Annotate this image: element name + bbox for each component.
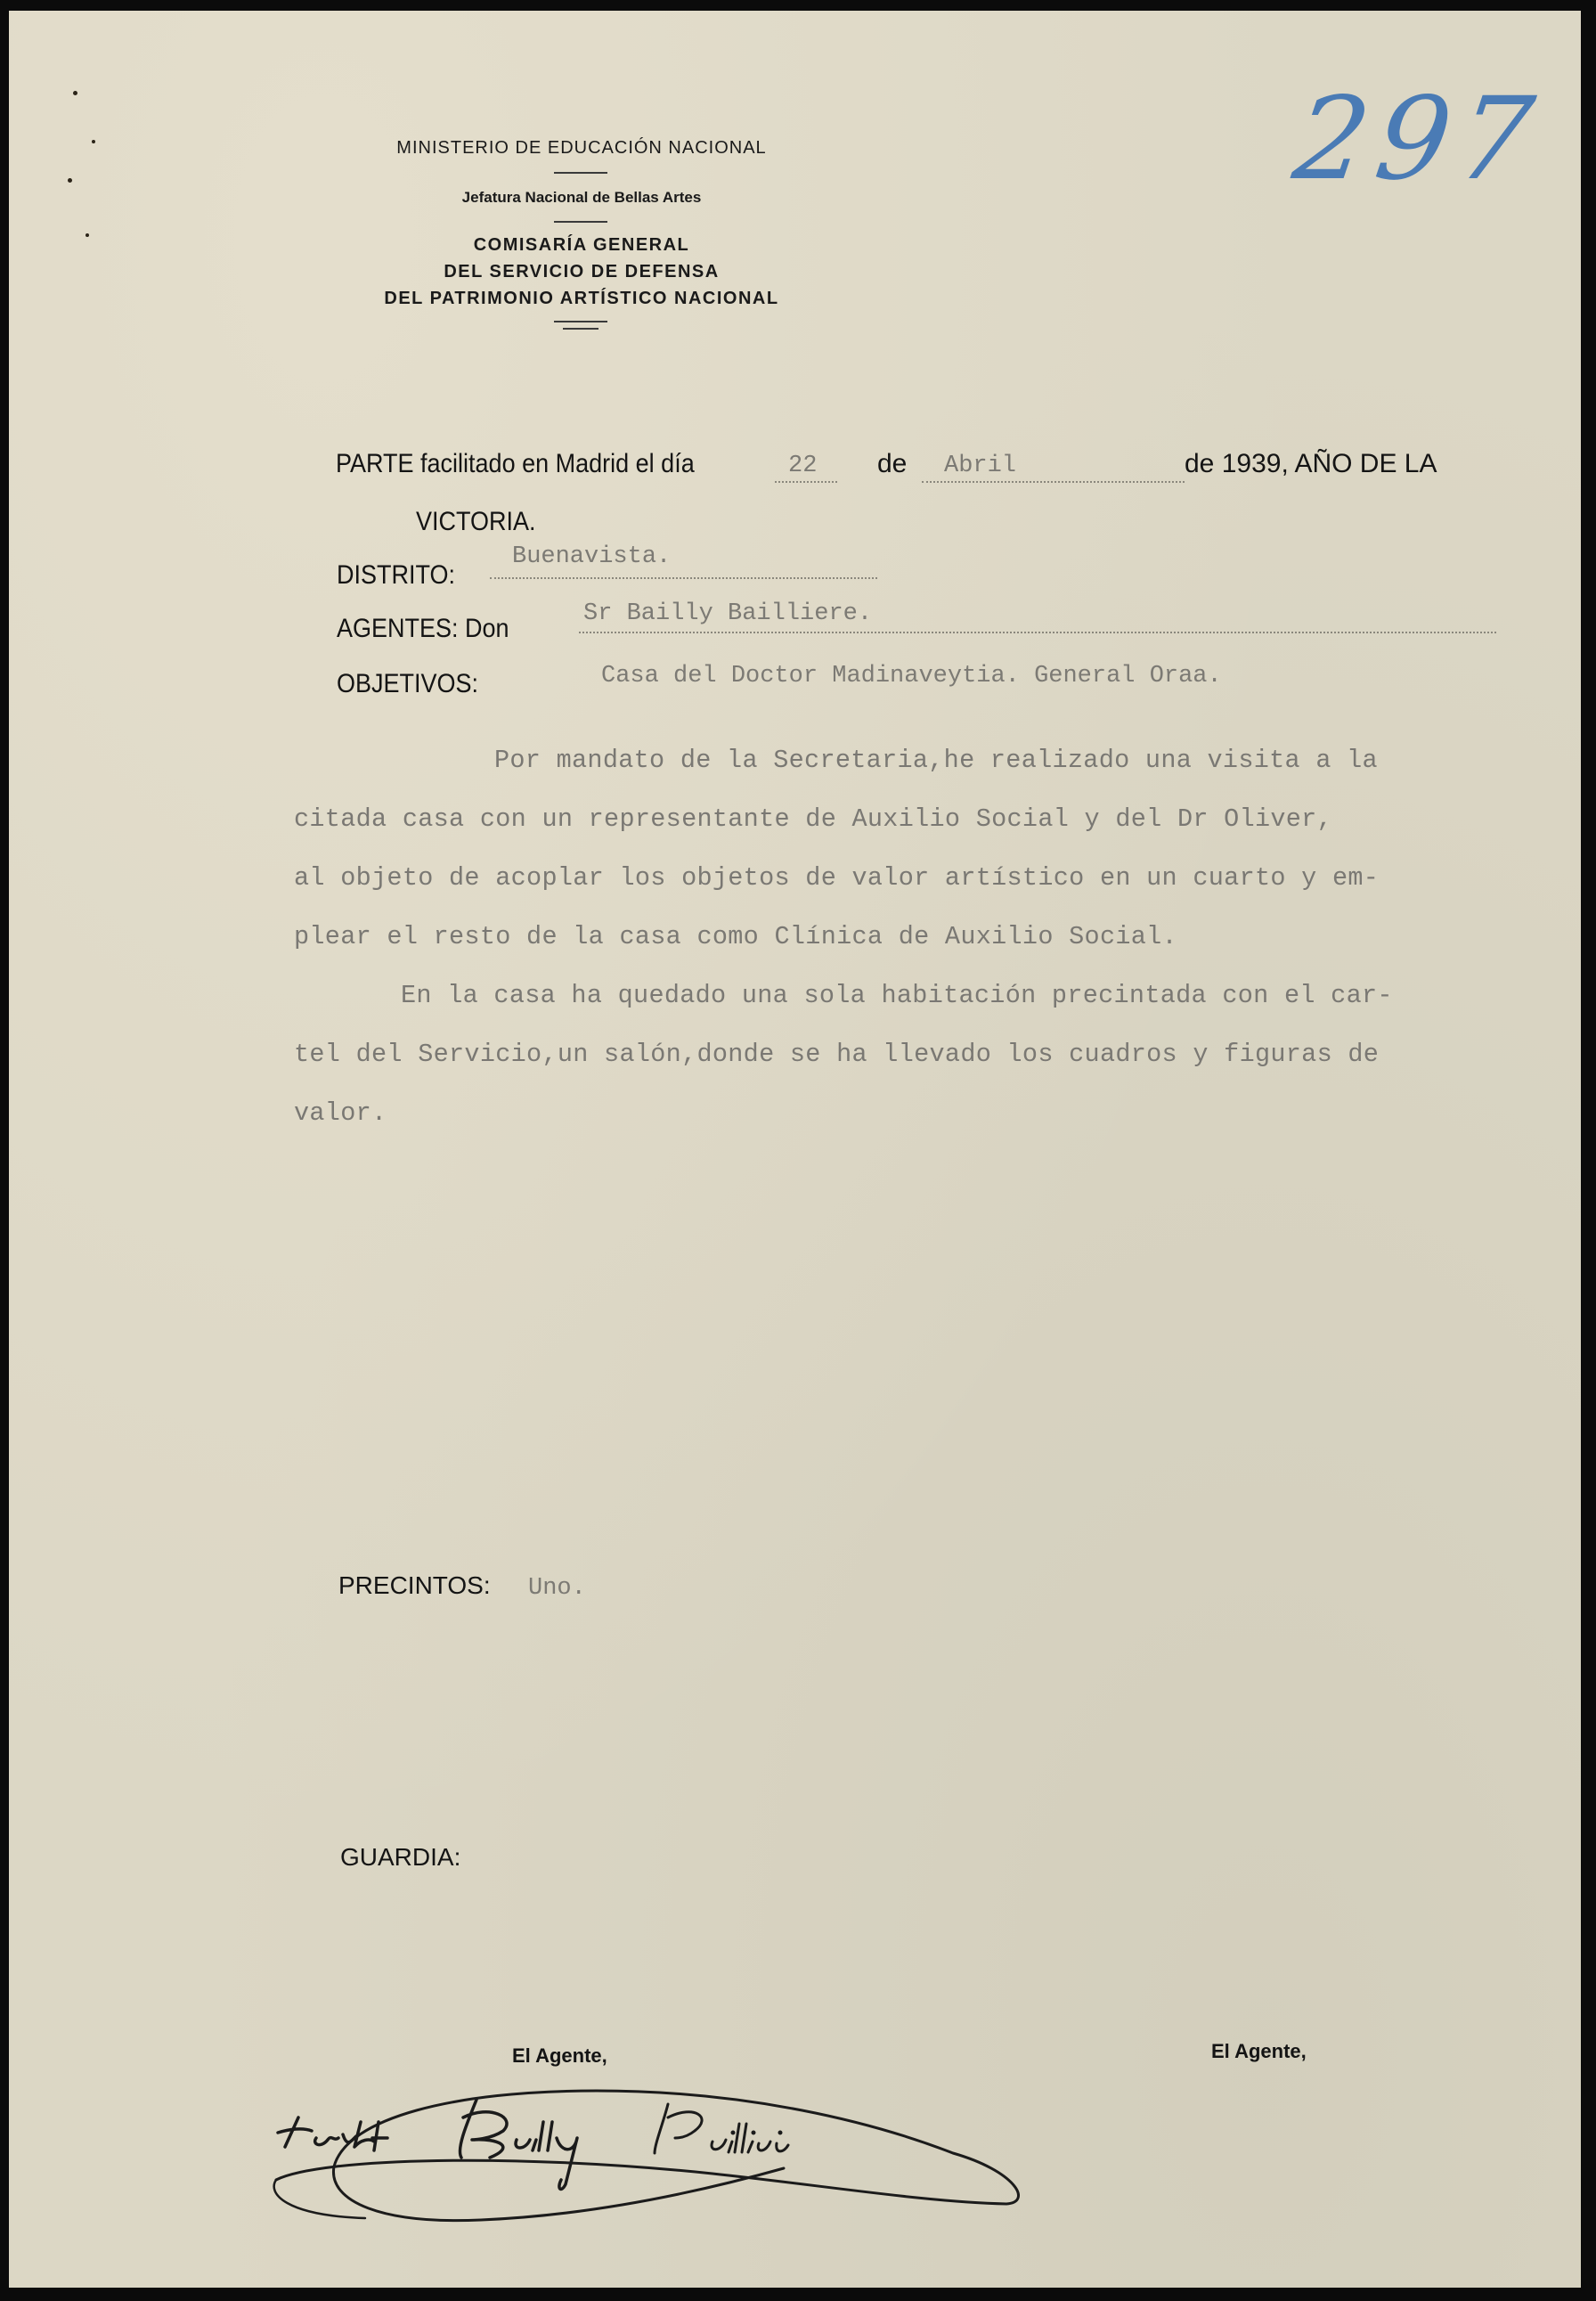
objetivos-label: OBJETIVOS: (337, 669, 478, 699)
letterhead-ministry: MINISTERIO DE EDUCACIÓN NACIONAL (297, 138, 867, 159)
punch-mark (85, 233, 89, 237)
left-agent-label: El Agente, (512, 2044, 607, 2068)
body-line: Por mandato de la Secretaria,he realizad… (494, 746, 1378, 775)
day-leader (775, 481, 837, 483)
precintos-value: Uno. (528, 1575, 586, 1602)
body-line: plear el resto de la casa como Clínica d… (294, 922, 1177, 951)
letterhead-divider (554, 321, 607, 322)
punch-mark (92, 140, 95, 143)
agentes-value: Sr Bailly Bailliere. (583, 600, 872, 627)
agentes-label: AGENTES: Don (337, 614, 509, 644)
right-agent-label: El Agente, (1211, 2040, 1307, 2063)
letterhead-divider (563, 328, 598, 330)
objetivos-value: Casa del Doctor Madinaveytia. General Or… (601, 663, 1222, 689)
distrito-leader (490, 577, 877, 579)
punch-mark (73, 91, 77, 95)
letterhead-commission-line1: COMISARÍA GENERAL (297, 235, 867, 256)
body-line: citada casa con un representante de Auxi… (294, 804, 1332, 834)
precintos-label: PRECINTOS: (338, 1571, 491, 1600)
letterhead-department: Jefatura Nacional de Bellas Artes (297, 189, 867, 207)
body-line: tel del Servicio,un salón,donde se ha ll… (294, 1040, 1379, 1069)
body-line: al objeto de acoplar los objetos de valo… (294, 863, 1379, 893)
letterhead-commission-line2: DEL SERVICIO DE DEFENSA (297, 262, 867, 282)
folio-number: 297 (1287, 73, 1550, 206)
punch-mark (68, 178, 72, 183)
report-year: de 1939, AÑO DE LA (1185, 449, 1437, 479)
letterhead-commission-line3: DEL PATRIMONIO ARTÍSTICO NACIONAL (297, 289, 867, 309)
letterhead-divider (554, 221, 607, 223)
report-de: de (877, 449, 907, 479)
letterhead-divider (554, 172, 607, 174)
distrito-value: Buenavista. (512, 543, 671, 570)
report-continuation: VICTORIA. (416, 507, 536, 537)
document-page: MINISTERIO DE EDUCACIÓN NACIONAL Jefatur… (9, 11, 1581, 2288)
distrito-label: DISTRITO: (337, 560, 455, 591)
guardia-label: GUARDIA: (340, 1843, 460, 1872)
report-prefix: PARTE facilitado en Madrid el día (336, 449, 695, 479)
body-line: valor. (294, 1098, 387, 1128)
month-leader (922, 481, 1185, 483)
signature-icon (249, 2068, 1033, 2247)
body-line: En la casa ha quedado una sola habitació… (401, 981, 1393, 1010)
report-day: 22 (788, 453, 817, 479)
report-month: Abril (944, 453, 1016, 479)
agentes-leader (579, 632, 1496, 633)
